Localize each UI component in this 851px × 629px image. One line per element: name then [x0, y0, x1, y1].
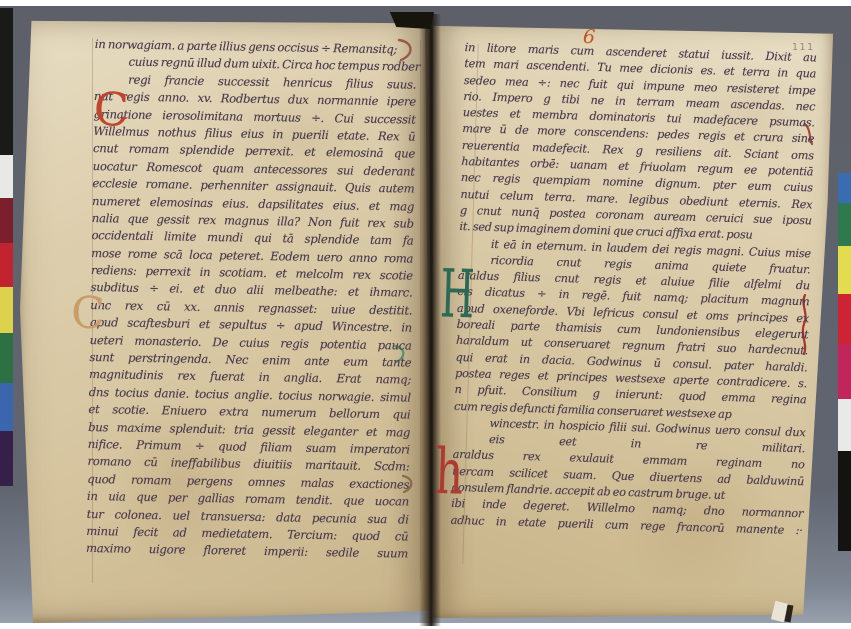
color-band: [0, 198, 13, 243]
color-band: [0, 155, 13, 198]
color-band: [838, 203, 851, 246]
color-calibration-strip-left: [0, 8, 13, 486]
color-band: [0, 431, 13, 486]
manuscript-screenshot: 6 111 C C in norwagiam. a parte illius g…: [0, 0, 851, 629]
color-band: [0, 333, 13, 383]
color-band: [838, 344, 851, 399]
color-band: [0, 287, 13, 333]
color-calibration-strip-right: [838, 173, 851, 551]
color-band: [838, 294, 851, 344]
left-page-text: C C in norwagiam. a parte illius gens oc…: [86, 36, 417, 563]
color-band: [838, 173, 851, 203]
color-band: [838, 399, 851, 451]
color-band: [838, 451, 851, 551]
photo-background: 6 111 C C in norwagiam. a parte illius g…: [0, 6, 851, 623]
color-band: [0, 8, 13, 155]
decorated-initial-C-red: C: [93, 86, 129, 133]
decorated-initial-H-green: H: [439, 261, 475, 329]
decorated-initial-h-red: h: [434, 441, 464, 505]
color-band: [0, 243, 13, 287]
book-gutter: [419, 14, 441, 626]
color-band: [0, 383, 13, 431]
right-page-text: H h in litore maris cum ascenderet statu…: [450, 40, 816, 539]
decorated-initial-C-ochre: C: [71, 292, 105, 337]
color-band: [838, 246, 851, 294]
